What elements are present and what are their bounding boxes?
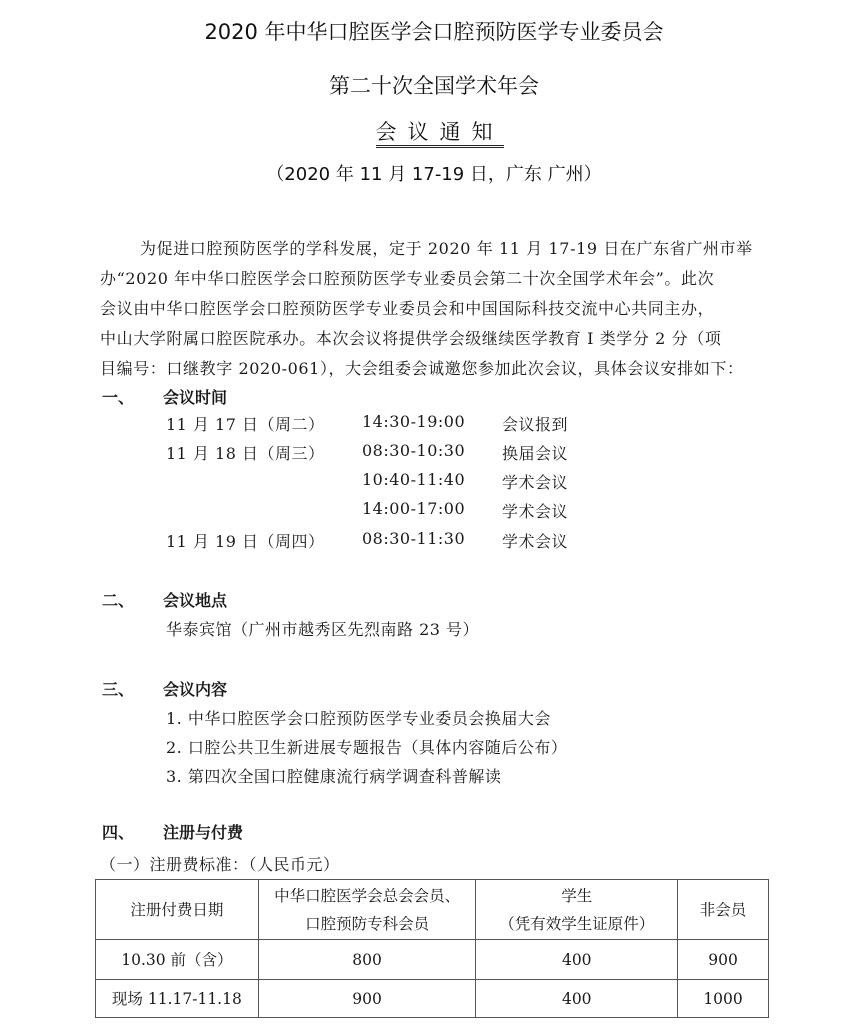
schedule-activity: 学术会议 [502, 470, 568, 493]
schedule-time: 14:00-17:00 [362, 499, 465, 518]
table-header-row: 注册付费日期 中华口腔医学会总会会员、 口腔预防专科会员 学生 （凭有效学生证原… [96, 880, 769, 940]
notice-title: 会议通知 [0, 116, 868, 146]
schedule-time: 10:40-11:40 [362, 470, 465, 489]
cell-nonmember-fee: 900 [678, 940, 769, 980]
document-subtitle: （2020 年 11 月 17-19 日，广东 广州） [0, 160, 868, 186]
header-cell-nonmember: 非会员 [678, 880, 769, 940]
header-cell-student: 学生 （凭有效学生证原件） [476, 880, 678, 940]
intro-line: 目编号：口继教字 2020-061），大会组委会诚邀您参加此次会议，具体会议安排… [100, 356, 744, 379]
intro-line: 办“2020 年中华口腔医学会口腔预防医学专业委员会第二十次全国学术年会”。此次 [100, 266, 714, 289]
schedule-activity: 学术会议 [502, 529, 568, 552]
header-cell-member: 中华口腔医学会总会会员、 口腔预防专科会员 [258, 880, 476, 940]
table-row: 现场 11.17-11.18 900 400 1000 [96, 980, 769, 1018]
cell-member-fee: 800 [258, 940, 476, 980]
schedule-date: 11 月 17 日（周二） [166, 412, 324, 435]
cell-date: 10.30 前（含） [96, 940, 259, 980]
header-text: 中华口腔医学会总会会员、 [259, 882, 476, 910]
fee-caption: （一）注册费标准：（人民币元） [100, 852, 340, 875]
header-text: 口腔预防专科会员 [259, 910, 476, 938]
schedule-date: 11 月 18 日（周三） [166, 441, 324, 464]
header-cell-date: 注册付费日期 [96, 880, 259, 940]
content-item: 1. 中华口腔医学会口腔预防医学专业委员会换届大会 [166, 706, 551, 729]
header-text: 学生 [476, 882, 677, 910]
cell-date: 现场 11.17-11.18 [96, 980, 259, 1018]
schedule-activity: 会议报到 [502, 412, 568, 435]
section-title: 会议内容 [163, 677, 227, 700]
schedule-activity: 学术会议 [502, 499, 568, 522]
schedule-date: 11 月 19 日（周四） [166, 529, 324, 552]
intro-line: 会议由中华口腔医学会口腔预防医学专业委员会和中国国际科技交流中心共同主办， [100, 296, 714, 319]
header-text: （凭有效学生证原件） [476, 910, 677, 938]
registration-fee-table: 注册付费日期 中华口腔医学会总会会员、 口腔预防专科会员 学生 （凭有效学生证原… [95, 879, 769, 1018]
section-title: 注册与付费 [163, 820, 243, 843]
venue-address: 华泰宾馆（广州市越秀区先烈南路 23 号） [166, 617, 479, 640]
schedule-time: 14:30-19:00 [362, 412, 465, 431]
cell-student-fee: 400 [476, 940, 678, 980]
schedule-time: 08:30-11:30 [362, 529, 465, 548]
header-text: 注册付费日期 [130, 901, 223, 919]
table-row: 10.30 前（含） 800 400 900 [96, 940, 769, 980]
section-title: 会议地点 [163, 588, 227, 611]
content-item: 2. 口腔公共卫生新进展专题报告（具体内容随后公布） [166, 735, 567, 758]
schedule-activity: 换届会议 [502, 441, 568, 464]
document-title-line1: 2020 年中华口腔医学会口腔预防医学专业委员会 [0, 16, 868, 46]
schedule-time: 08:30-10:30 [362, 441, 465, 460]
content-item: 3. 第四次全国口腔健康流行病学调查科普解读 [166, 764, 501, 787]
intro-line: 中山大学附属口腔医院承办。本次会议将提供学会级继续医学教育 I 类学分 2 分（… [100, 326, 721, 349]
section-number: 四、 [102, 820, 134, 843]
cell-student-fee: 400 [476, 980, 678, 1018]
section-number: 二、 [102, 588, 134, 611]
section-number: 三、 [102, 677, 134, 700]
notice-title-text: 会议通知 [376, 120, 504, 148]
header-text: 非会员 [700, 901, 747, 919]
intro-line: 为促进口腔预防医学的学科发展，定于 2020 年 11 月 17-19 日在广东… [140, 236, 753, 259]
section-number: 一、 [102, 385, 134, 408]
cell-nonmember-fee: 1000 [678, 980, 769, 1018]
section-title: 会议时间 [163, 385, 227, 408]
cell-member-fee: 900 [258, 980, 476, 1018]
document-title-line2: 第二十次全国学术年会 [0, 70, 868, 100]
